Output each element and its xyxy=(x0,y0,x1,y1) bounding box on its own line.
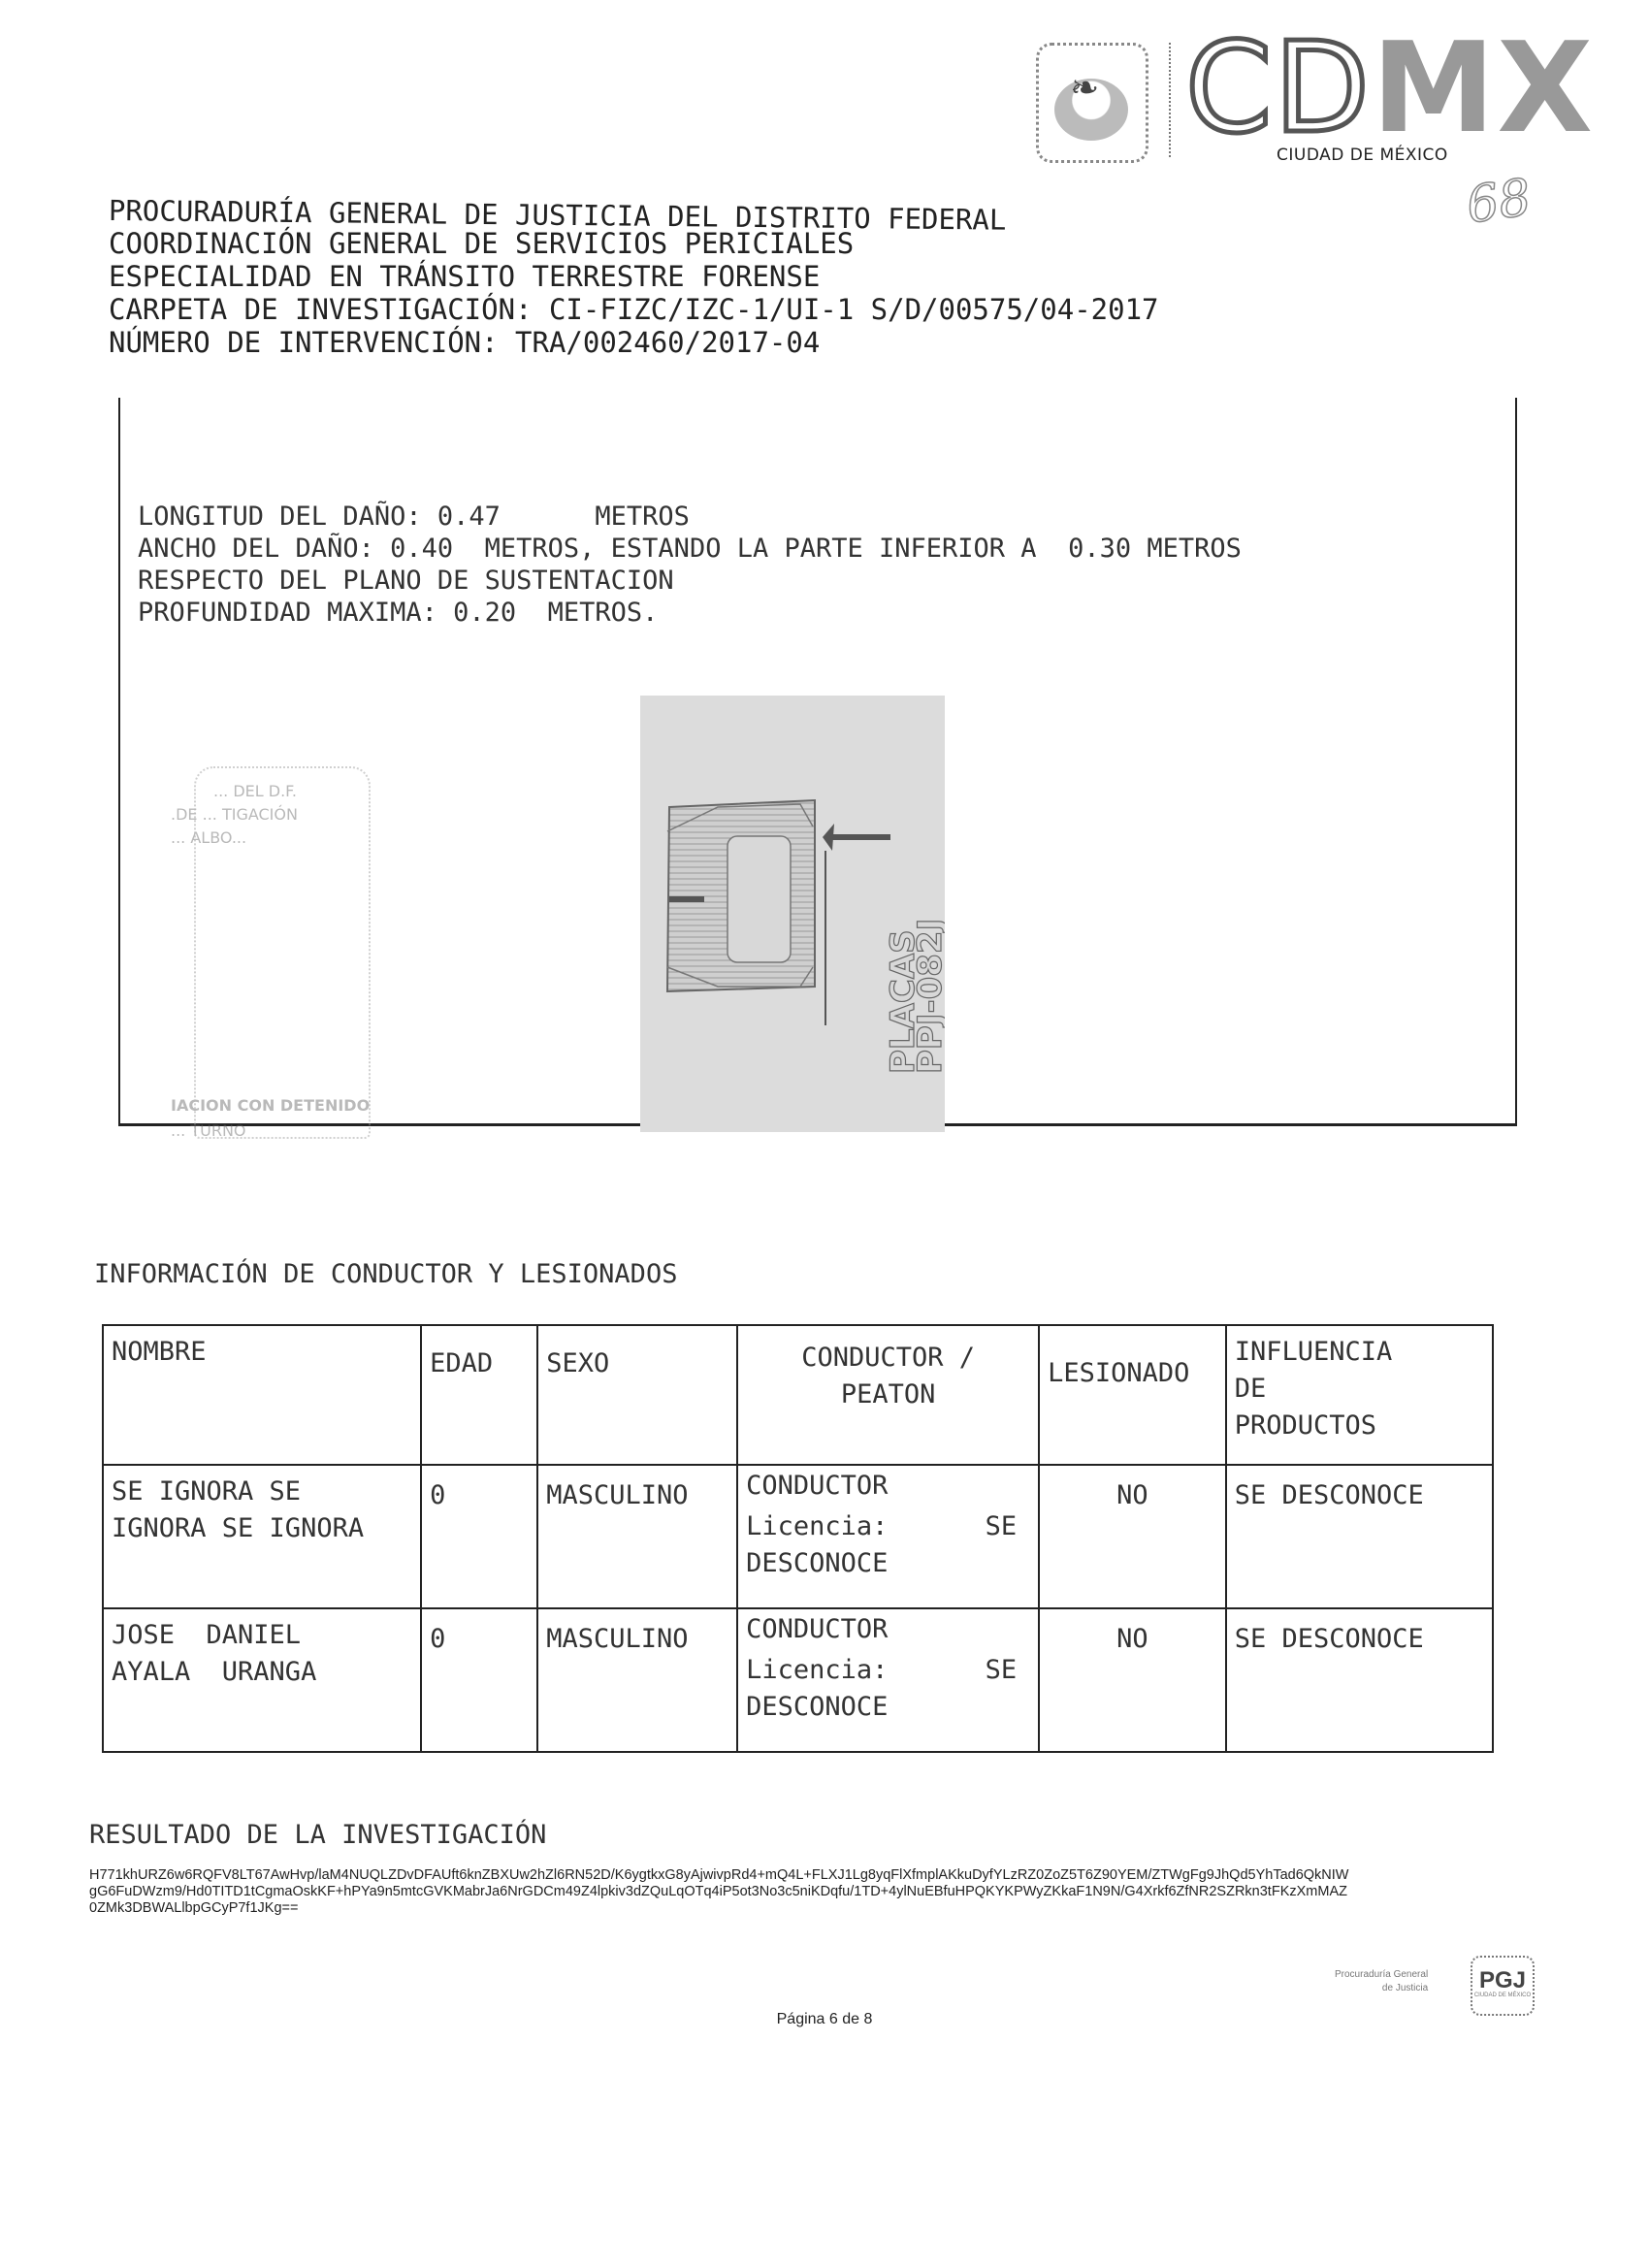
cell-edad: 0 xyxy=(421,1608,537,1752)
damage-length: LONGITUD DEL DAÑO: 0.47 METROS xyxy=(138,501,1242,533)
cell-influencia: SE DESCONOCE xyxy=(1226,1608,1493,1752)
cell-nombre: JOSE DANIELAYALA URANGA xyxy=(103,1608,421,1752)
damage-measurements: LONGITUD DEL DAÑO: 0.47 METROSANCHO DEL … xyxy=(138,501,1242,629)
col-influencia: INFLUENCIA DE PRODUCTOS xyxy=(1226,1325,1493,1465)
header-case-folder: CARPETA DE INVESTIGACIÓN: CI-FIZC/IZC-1/… xyxy=(109,293,1159,326)
table-row: SE IGNORA SEIGNORA SE IGNORA 0 MASCULINO… xyxy=(103,1465,1493,1608)
col-edad: EDAD xyxy=(421,1325,537,1465)
cell-conductor: CONDUCTOR Licencia:SE DESCONOCE xyxy=(737,1608,1039,1752)
pgj-footer-text: Procuraduría General de Justicia xyxy=(1335,1968,1428,1995)
damage-depth: PROFUNDIDAD MAXIMA: 0.20 METROS. xyxy=(138,597,1242,629)
cdmx-emblem: ❧ xyxy=(1036,43,1148,163)
logo-divider xyxy=(1169,43,1171,157)
cell-sexo: MASCULINO xyxy=(537,1608,737,1752)
result-section-title: RESULTADO DE LA INVESTIGACIÓN xyxy=(89,1820,546,1850)
cell-conductor: CONDUCTOR Licencia:SE DESCONOCE xyxy=(737,1465,1039,1608)
col-conductor-peaton: CONDUCTOR / PEATON xyxy=(737,1325,1039,1465)
persons-section-title: INFORMACIÓN DE CONDUCTOR Y LESIONADOS xyxy=(94,1259,677,1289)
cell-nombre: SE IGNORA SEIGNORA SE IGNORA xyxy=(103,1465,421,1608)
document-header: PROCURADURÍA GENERAL DE JUSTICIA DEL DIS… xyxy=(109,194,1159,359)
vehicle-rear-diagram-icon: PLACAS PPJ-082J xyxy=(640,696,945,1132)
table-row: JOSE DANIELAYALA URANGA 0 MASCULINO COND… xyxy=(103,1608,1493,1752)
vehicle-damage-diagram: PLACAS PPJ-082J xyxy=(640,696,945,1132)
angel-independence-emblem-icon: ❧ xyxy=(1072,65,1098,108)
official-stamp: ... DEL D.F. .DE ... TIGACIÓN ... ALBO..… xyxy=(155,766,369,1154)
header-intervention-number: NÚMERO DE INTERVENCIÓN: TRA/002460/2017-… xyxy=(109,326,1159,359)
svg-text:PPJ-082J: PPJ-082J xyxy=(911,919,945,1074)
cdmx-logo: CDMX xyxy=(1185,27,1595,151)
cell-lesionado: NO xyxy=(1039,1608,1226,1752)
logo-subtitle: CIUDAD DE MÉXICO xyxy=(1277,146,1448,165)
damage-width: ANCHO DEL DAÑO: 0.40 METROS, ESTANDO LA … xyxy=(138,533,1242,565)
pgj-logo: PGJ CIUDAD DE MÉXICO xyxy=(1471,1956,1535,2016)
digital-signature-hash: H771khURZ6w6RQFV8LT67AwHvp/laM4NUQLZDvDF… xyxy=(89,1867,1535,1917)
damage-reference: RESPECTO DEL PLANO DE SUSTENTACION xyxy=(138,565,1242,597)
cell-edad: 0 xyxy=(421,1465,537,1608)
cell-lesionado: NO xyxy=(1039,1465,1226,1608)
cell-influencia: SE DESCONOCE xyxy=(1226,1465,1493,1608)
table-header-row: NOMBRE EDAD SEXO CONDUCTOR / PEATON LESI… xyxy=(103,1325,1493,1465)
persons-table: NOMBRE EDAD SEXO CONDUCTOR / PEATON LESI… xyxy=(102,1324,1494,1753)
cell-sexo: MASCULINO xyxy=(537,1465,737,1608)
col-nombre: NOMBRE xyxy=(103,1325,421,1465)
col-lesionado: LESIONADO xyxy=(1039,1325,1226,1465)
header-specialty: ESPECIALIDAD EN TRÁNSITO TERRESTRE FOREN… xyxy=(109,260,1159,293)
page-number: Página 6 de 8 xyxy=(0,2011,1649,2028)
handwritten-folio: 68 xyxy=(1463,169,1535,236)
col-sexo: SEXO xyxy=(537,1325,737,1465)
